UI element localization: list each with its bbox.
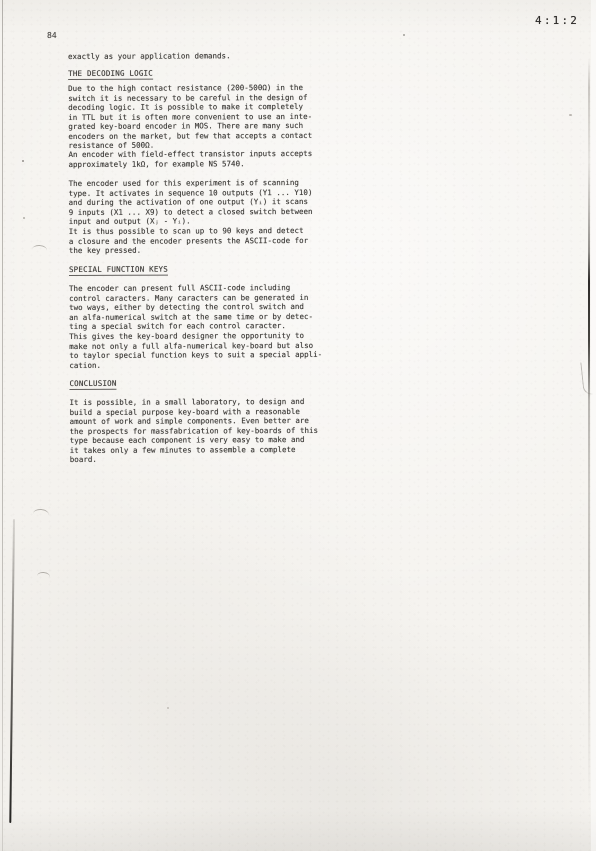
scan-right-edge-line (588, 58, 590, 803)
page-number: 84 (47, 31, 57, 40)
scan-left-edge-line (2, 0, 3, 851)
lead-line: exactly as your application demands. (68, 51, 231, 61)
scan-speck (569, 114, 572, 116)
paragraph: It is thus possible to scan up to 90 key… (69, 226, 308, 256)
page-fold-crease-line (9, 519, 15, 823)
scan-speck (167, 707, 169, 709)
heading-text: SPECIAL FUNCTION KEYS (69, 265, 168, 276)
scan-speck (22, 160, 24, 162)
heading-decoding-logic: THE DECODING LOGIC (68, 69, 153, 79)
paragraph: The encoder used for this experiment is … (69, 178, 313, 227)
pen-arc-mark (32, 244, 48, 255)
text-column: exactly as your application demands. THE… (68, 51, 345, 472)
pen-arc-mark (32, 508, 49, 521)
paper-right-edge (591, 0, 596, 851)
paragraph: It is possible, in a small laboratory, t… (70, 397, 319, 465)
heading-special-function-keys: SPECIAL FUNCTION KEYS (69, 265, 168, 275)
heading-conclusion: CONCLUSION (69, 379, 116, 389)
pen-arc-mark (37, 571, 51, 581)
heading-text: THE DECODING LOGIC (68, 69, 153, 80)
paragraph: This gives the key-board designer the op… (69, 331, 322, 370)
scanned-document-page: 84 4:1:2 exactly as your application dem… (0, 0, 596, 851)
heading-text: CONCLUSION (69, 379, 116, 390)
scan-speck (403, 34, 405, 36)
paragraph: Due to the high contact resistance (200-… (68, 83, 312, 151)
paragraph: An encoder with field-effect transistor … (68, 149, 312, 169)
issue-reference: 4:1:2 (535, 14, 579, 27)
paragraph: The encoder can present full ASCII-code … (69, 283, 313, 332)
scan-speck (23, 217, 25, 219)
